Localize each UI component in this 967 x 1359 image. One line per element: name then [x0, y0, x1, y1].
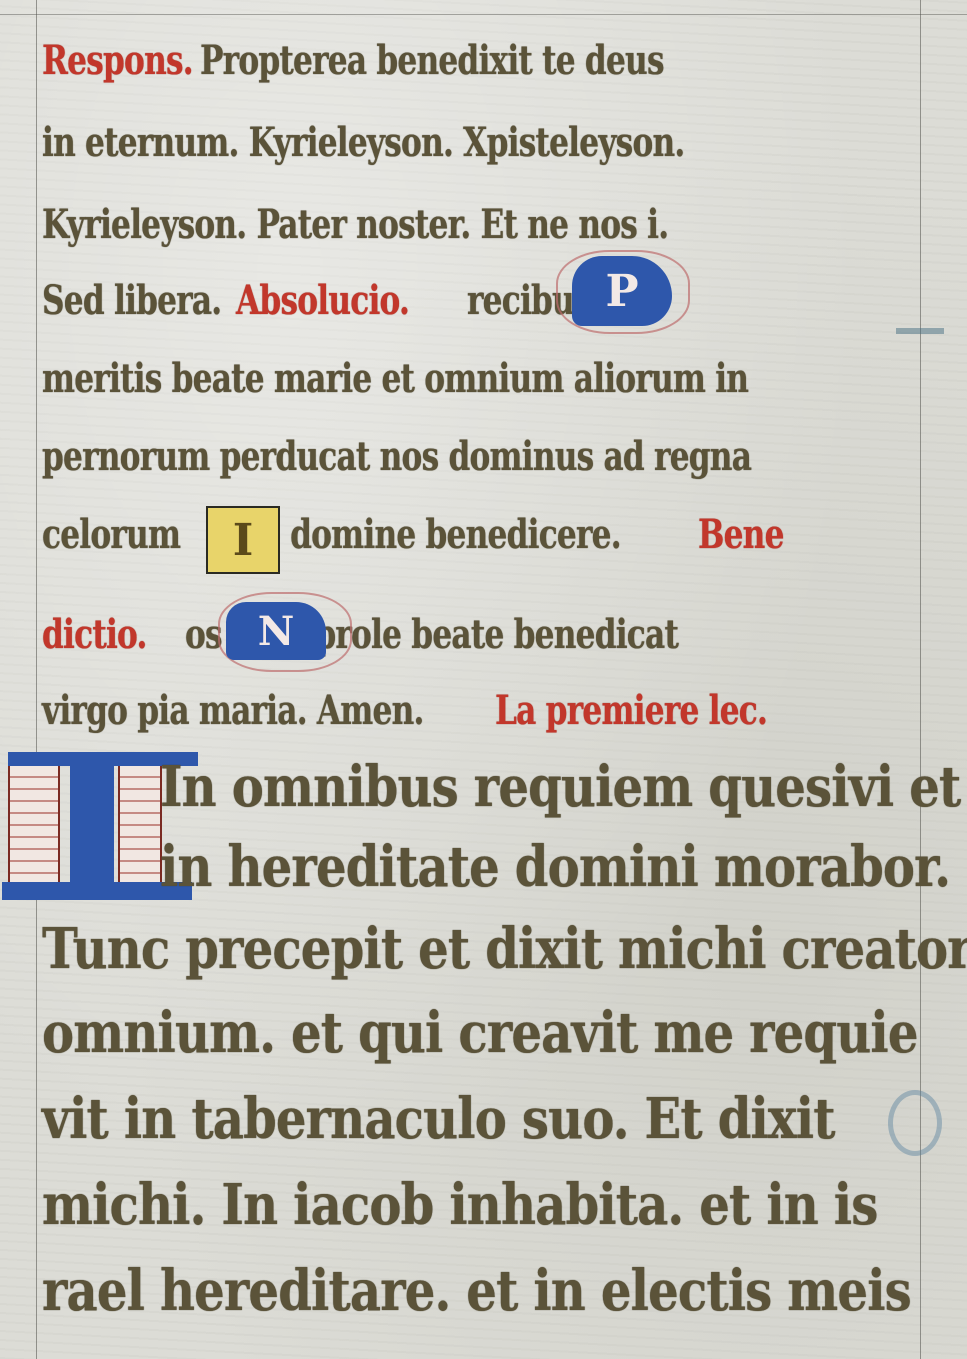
initial-n-blue: N [226, 602, 326, 660]
text: rael hereditare. et in electis meis [42, 1258, 911, 1324]
initial-letter: I [233, 515, 254, 566]
text: in hereditate domini morabor. [160, 834, 950, 900]
margin-rule-left [36, 0, 37, 1359]
text: meritis beate marie et omnium aliorum in [42, 355, 748, 402]
text-line-10: In omnibus requiem quesivi et [160, 742, 828, 820]
text-line-7: celorum ube domine benedicere. Bene [42, 496, 937, 558]
text: vit in tabernaculo suo. Et dixit [42, 1086, 835, 1152]
text-line-6: pernorum perducat nos dominus ad regna [42, 418, 937, 480]
penwork-panel [8, 766, 60, 882]
text: Propterea benedixit te deus [200, 37, 664, 84]
text: pernorum perducat nos dominus ad regna [42, 433, 751, 480]
text: in eternum. Kyrieleyson. Xpisteleyson. [42, 119, 684, 166]
rubric-text: Respons. [42, 37, 193, 84]
offset-initial-mark [896, 328, 944, 394]
rubric-text: La premiere lec. [495, 687, 767, 734]
text-line-4: Sed libera. Absolucio. recibus et [42, 262, 937, 324]
initial-p-blue: P [572, 256, 672, 326]
text-line-5: meritis beate marie et omnium aliorum in [42, 340, 937, 402]
text: virgo pia maria. Amen. [42, 687, 424, 734]
penwork-panel [118, 766, 162, 882]
text-line-2: in eternum. Kyrieleyson. Xpisteleyson. [42, 104, 937, 166]
text: Kyrieleyson. Pater noster. Et ne nos i. [42, 201, 668, 248]
text: michi. In iacob inhabita. et in is [42, 1172, 878, 1238]
top-rule [0, 14, 967, 15]
offset-initial-mark [888, 1090, 942, 1156]
rubric-text: Absolucio. [236, 277, 409, 324]
initial-stem [70, 758, 114, 890]
text: celorum [42, 511, 180, 558]
text-line-16: rael hereditare. et in electis meis [42, 1246, 812, 1324]
text-line-1: Respons. Propterea benedixit te deus [42, 22, 937, 84]
rubric-text: dictio. [42, 611, 147, 658]
text-line-8: dictio. os cum prole beate benedicat [42, 596, 937, 658]
rubric-text: Bene [698, 511, 784, 558]
initial-i-gold: I [206, 506, 280, 574]
text: omnium. et qui creavit me requie [42, 1000, 918, 1066]
text: Sed libera. [42, 277, 221, 324]
text-line-14: vit in tabernaculo suo. Et dixit [42, 1074, 812, 1152]
text: In omnibus requiem quesivi et [160, 754, 960, 820]
text: Tunc precepit et dixit michi creator [42, 916, 967, 982]
text-line-15: michi. In iacob inhabita. et in is [42, 1160, 812, 1238]
initial-letter: N [258, 608, 295, 655]
manuscript-page: Respons. Propterea benedixit te deus in … [0, 0, 967, 1359]
text-line-13: omnium. et qui creavit me requie [42, 988, 812, 1066]
text-line-11: in hereditate domini morabor. [160, 822, 828, 900]
text-line-3: Kyrieleyson. Pater noster. Et ne nos i. [42, 186, 937, 248]
text-line-12: Tunc precepit et dixit michi creator [42, 904, 812, 982]
initial-letter: P [605, 266, 638, 317]
text-line-9: virgo pia maria. Amen. La premiere lec. [42, 672, 937, 734]
